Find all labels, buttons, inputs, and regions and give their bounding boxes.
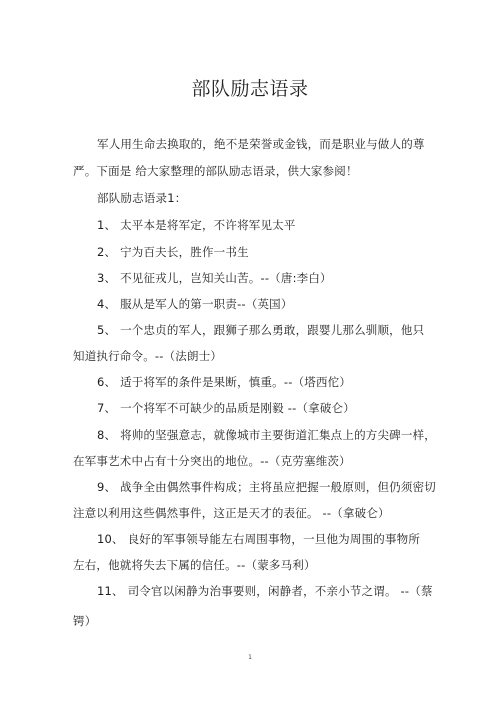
- section-heading: 部队励志语录1：: [97, 190, 186, 206]
- quote-11-line-1: 11、 司令官以闲静为治事要则，闲静者，不亲小节之谓。 --（蔡: [97, 583, 433, 599]
- quote-9-line-1: 9、 战争全由偶然事件构成；主将虽应把握一般原则，但仍须密切: [97, 479, 436, 495]
- quote-2: 2、 宁为百夫长，胜作一书生: [97, 244, 249, 260]
- intro-line-2: 严。下面是 给大家整理的部队励志语录，供大家参阅！: [73, 163, 358, 179]
- page-title: 部队励志语录: [0, 74, 500, 101]
- quote-8-line-1: 8、 将帅的坚强意志，就像城市主要街道汇集点上的方尖碑一样，: [97, 427, 436, 443]
- quote-3: 3、 不见征戎儿，岂知关山苦。--（唐:李白）: [97, 270, 332, 286]
- document-page: 部队励志语录 军人用生命去换取的，绝不是荣誉或金钱，而是职业与做人的尊 严。下面…: [0, 0, 500, 708]
- page-number: 1: [0, 654, 500, 661]
- quote-7: 7、 一个将军不可缺少的品质是刚毅 --（拿破仑）: [97, 400, 355, 416]
- quote-9-line-2: 注意以利用这些偶然事件，这正是天才的表征。 --（拿破仑）: [73, 505, 390, 521]
- quote-8-line-2: 在军事艺术中占有十分突出的地位。--（克劳塞维茨）: [73, 453, 351, 469]
- quote-4: 4、 服从是军人的第一职责--（英国）: [97, 296, 293, 312]
- quote-11-line-2: 锷）: [73, 613, 96, 629]
- quote-10-line-2: 左右，他就将失去下属的信任。--（蒙多马利）: [73, 557, 316, 573]
- quote-10-line-1: 10、 良好的军事领导能左右周围事物，一旦他为周围的事物所: [97, 531, 420, 547]
- intro-line-1: 军人用生命去换取的，绝不是荣誉或金钱，而是职业与做人的尊: [97, 136, 425, 152]
- quote-5-line-2: 知道执行命令。--（法朗士）: [73, 348, 222, 364]
- quote-5-line-1: 5、 一个忠贞的军人，跟狮子那么勇敢，跟婴儿那么驯顺，他只: [97, 322, 424, 338]
- quote-1: 1、 太平本是将军定，不许将军见太平: [97, 217, 296, 233]
- quote-6: 6、 适于将军的条件是果断，慎重。--（塔西佗）: [97, 374, 351, 390]
